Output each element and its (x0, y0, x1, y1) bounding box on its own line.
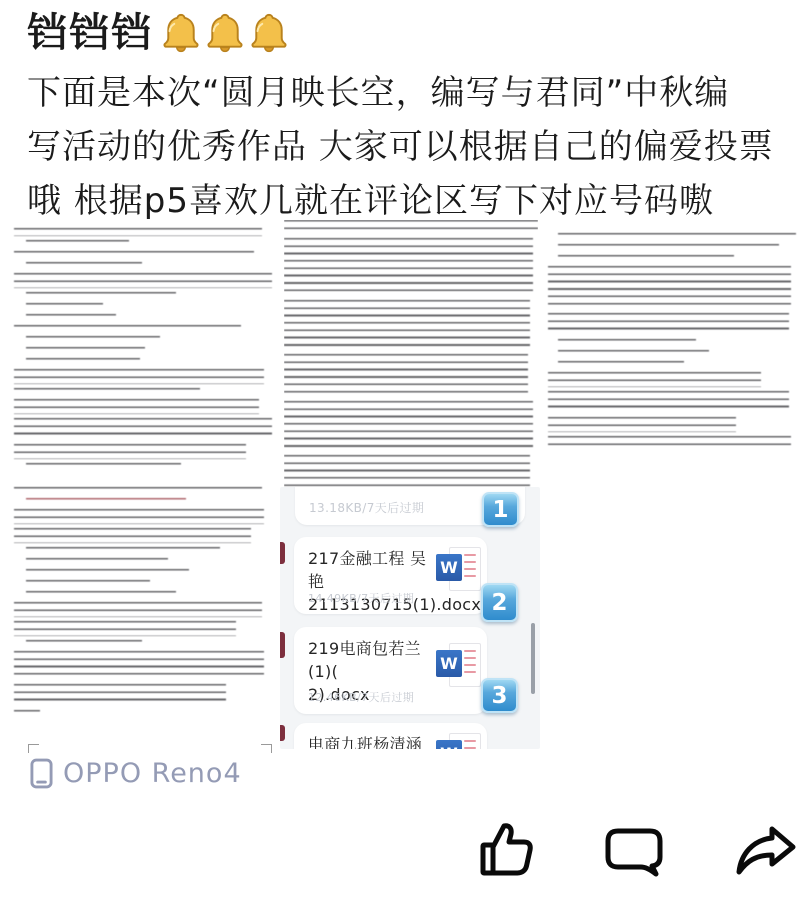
file-size-label: 12.46KB/7天后过期 (308, 689, 414, 705)
phone-icon (30, 758, 53, 789)
text-line-block (284, 220, 538, 234)
text-line-block (26, 580, 150, 587)
avatar-edge (280, 725, 285, 741)
file-card: 217金融工程 吴艳 2113130715(1).docx 14.49KB/7天… (294, 537, 487, 614)
document-page-1 (14, 228, 272, 480)
text-line-block (14, 684, 226, 706)
text-line-block (14, 444, 246, 459)
text-line-block (26, 336, 160, 343)
share-icon[interactable] (734, 823, 798, 877)
bell-icons (159, 11, 291, 55)
caption-line: 写活动的优秀作品 大家可以根据自己的偏爱投票 (27, 120, 789, 174)
text-line-block (14, 528, 251, 543)
device-watermark: OPPO Reno4 (30, 758, 242, 789)
text-line-block (14, 228, 262, 236)
word-doc-icon: W (436, 643, 484, 687)
post-screenshot: 铛铛铛 下面是本次“圆月映长空，编 (0, 0, 799, 897)
text-line-block (14, 509, 264, 524)
chat-file-list-screenshot: 13.18KB/7天后过期 1 217金融工程 吴艳 2113130715(1)… (280, 487, 540, 749)
text-line-block (558, 233, 796, 240)
text-line-block (14, 251, 254, 258)
text-line-block (26, 591, 176, 598)
text-line-block (14, 487, 262, 494)
document-page-3 (284, 220, 538, 488)
device-name: OPPO Reno4 (63, 758, 242, 789)
text-line-block (26, 558, 168, 565)
text-line-block (26, 569, 189, 576)
document-page-2 (14, 487, 272, 737)
post-caption: 铛铛铛 下面是本次“圆月映长空，编 (27, 8, 789, 228)
text-line-block (26, 547, 220, 554)
document-page-4 (548, 233, 799, 449)
text-line-block (548, 266, 791, 309)
file-size-label: 13.18KB/7天后过期 (309, 499, 424, 516)
word-doc-icon: W (436, 733, 484, 749)
text-line-block (26, 292, 176, 299)
text-line-block (558, 361, 684, 368)
caption-title: 铛铛铛 (27, 8, 153, 58)
page-crop-mark (261, 744, 272, 753)
text-line-block (284, 401, 533, 451)
text-line-block (548, 391, 789, 413)
text-line-block (14, 710, 40, 717)
text-line-block (558, 244, 779, 251)
text-line-block (26, 498, 186, 505)
text-line-block (14, 325, 241, 332)
text-line-block (548, 372, 761, 387)
rank-badge-3: 3 (481, 678, 518, 713)
caption-line: 下面是本次“圆月映长空，编写与君同”中秋编 (27, 66, 789, 120)
text-line-block (14, 369, 264, 384)
bell-icon (203, 11, 247, 55)
avatar-edge (280, 632, 285, 658)
page-crop-mark (28, 744, 39, 753)
text-line-block (14, 388, 200, 395)
text-line-block (548, 436, 791, 450)
bell-icon (247, 11, 291, 55)
text-line-block (558, 255, 734, 262)
text-line-block (14, 602, 262, 617)
text-line-block (26, 262, 142, 269)
avatar-edge (280, 542, 285, 564)
file-size-label: 14.49KB/7天后过期 (308, 590, 414, 606)
text-line-block (14, 399, 259, 414)
text-line-block (26, 358, 140, 365)
thumbs-up-icon[interactable] (477, 819, 535, 879)
text-line-block (14, 621, 236, 636)
text-line-block (14, 418, 272, 440)
word-doc-icon: W (436, 547, 484, 591)
text-line-block (14, 273, 272, 288)
rank-badge-2: 2 (481, 583, 518, 622)
text-line-block (558, 339, 696, 346)
text-line-block (284, 354, 528, 397)
text-line-block (284, 300, 530, 350)
bell-icon (159, 11, 203, 55)
text-line-block (26, 314, 116, 321)
file-card: 219电商包若兰(1)( 2).docx 12.46KB/7天后过期 W (294, 627, 487, 714)
scrollbar[interactable] (531, 623, 535, 694)
text-line-block (26, 303, 103, 310)
text-line-block (26, 463, 181, 470)
text-line-block (14, 651, 264, 680)
file-card: 电商九班杨清涵21 W (294, 723, 487, 749)
text-line-block (284, 238, 533, 296)
text-line-block (26, 347, 145, 354)
text-line-block (548, 417, 736, 432)
file-title: 电商九班杨清涵21 (308, 733, 438, 749)
text-line-block (26, 640, 142, 647)
rank-badge-1: 1 (482, 492, 519, 527)
text-line-block (26, 240, 129, 247)
text-line-block (284, 455, 530, 488)
comment-icon[interactable] (603, 827, 665, 877)
text-line-block (558, 350, 709, 357)
text-line-block (548, 313, 789, 335)
